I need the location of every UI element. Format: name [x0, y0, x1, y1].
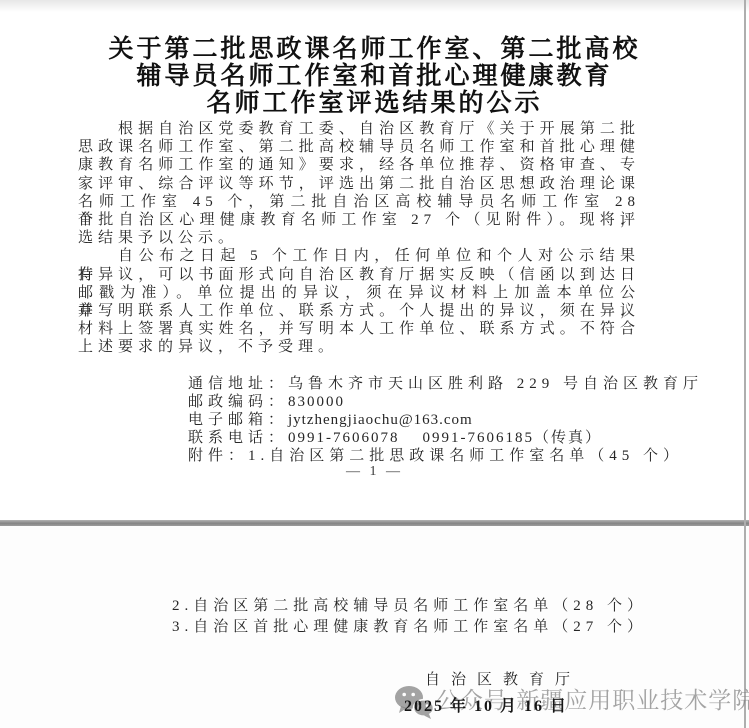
paragraph-line: 有异议，可以书面形式向自治区教育厅据实反映（信函以到达日 [78, 266, 640, 284]
paragraph-line: 首批自治区心理健康教育名师工作室 27 个（见附件）。现将评 [78, 211, 640, 229]
document-body: 根据自治区党委教育工委、自治区教育厅《关于开展第二批 思政课名师工作室、第二批高… [78, 120, 640, 447]
contact-label: 通信地址： [188, 376, 288, 392]
document-date: 2025 年 10 月 16 日 [404, 693, 568, 716]
contact-label: 电子邮箱： [188, 412, 288, 428]
title-line: 辅导员名师工作室和首批心理健康教育 [0, 63, 749, 90]
contact-label: 联系电话： [188, 430, 288, 446]
contact-value: 830000 [288, 394, 345, 410]
contact-value: jytzhengjiaochu@163.com [288, 412, 473, 428]
paragraph-line: 邮戳为准）。单位提出的异议，须在异议材料上加盖本单位公章， [78, 284, 640, 302]
attachment-list-line: 2.自治区第二批高校辅导员名师工作室名单（28 个） [172, 596, 647, 616]
contact-value: 0991-7606078 0991-7606185（传真） [288, 430, 602, 446]
announcement-page-2: 2.自治区第二批高校辅导员名师工作室名单（28 个） 3.自治区首批心理健康教育… [0, 526, 749, 728]
document-screenshot: 关于第二批思政课名师工作室、第二批高校 辅导员名师工作室和首批心理健康教育 名师… [0, 0, 749, 728]
contact-value: 1.自治区第二批思政课名师工作室名单（45 个） [248, 448, 683, 464]
paragraph-line: 家评审、综合评议等环节，评选出第二批自治区思想政治理论课 [78, 175, 640, 193]
contact-address-line: 通信地址：乌鲁木齐市天山区胜利路 229 号自治区教育厅 [78, 356, 640, 374]
contact-label: 邮政编码： [188, 394, 288, 410]
paragraph-line: 名师工作室 45 个，第二批自治区高校辅导员名师工作室 28 个， [78, 193, 640, 211]
attachment-list-line: 3.自治区首批心理健康教育名师工作室名单（27 个） [172, 617, 647, 637]
paragraph-line: 并写明联系人工作单位、联系方式。个人提出的异议，须在异议 [78, 302, 640, 320]
title-line: 关于第二批思政课名师工作室、第二批高校 [0, 36, 749, 63]
paragraph-line: 选结果予以公示。 [78, 229, 640, 247]
scan-right-edge-line [744, 0, 746, 728]
paragraph-line: 思政课名师工作室、第二批高校辅导员名师工作室和首批心理健 [78, 138, 640, 156]
contact-label: 附件： [188, 448, 248, 464]
document-title: 关于第二批思政课名师工作室、第二批高校 辅导员名师工作室和首批心理健康教育 名师… [0, 36, 749, 117]
page-number: — 1 — [0, 464, 749, 480]
paragraph-line: 自公布之日起 5 个工作日内，任何单位和个人对公示结果持 [78, 247, 640, 265]
paragraph-line: 康教育名师工作室的通知》要求，经各单位推荐、资格审查、专 [78, 156, 640, 174]
announcement-page-1: 关于第二批思政课名师工作室、第二批高校 辅导员名师工作室和首批心理健康教育 名师… [0, 0, 749, 520]
contact-value: 乌鲁木齐市天山区胜利路 229 号自治区教育厅 [288, 376, 703, 392]
paragraph-line: 材料上签署真实姓名，并写明本人工作单位、联系方式。不符合 [78, 320, 640, 338]
paragraph-line: 上述要求的异议，不予受理。 [78, 338, 640, 356]
paragraph-line: 根据自治区党委教育工委、自治区教育厅《关于开展第二批 [78, 120, 640, 138]
page-top-shadow [0, 0, 749, 12]
title-line: 名师工作室评选结果的公示 [0, 90, 749, 117]
